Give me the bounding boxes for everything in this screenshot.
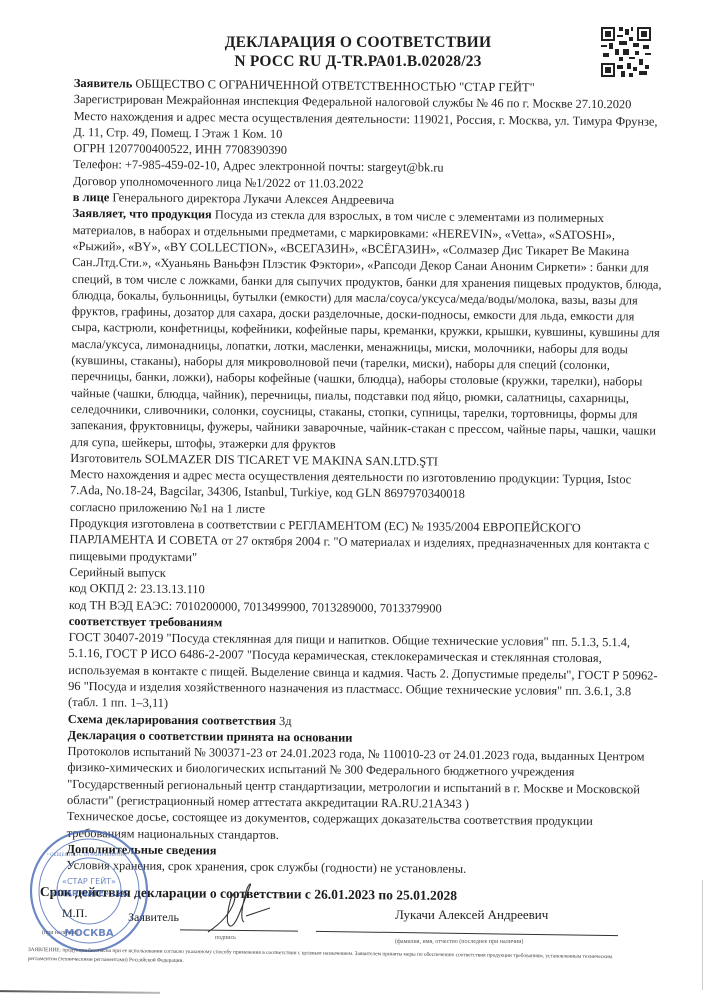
declaration-body: Заявитель ОБЩЕСТВО С ОГРАНИЧЕННОЙ ОТВЕТС… xyxy=(66,75,664,879)
declaration-number: N РОСС RU Д-TR.РА01.В.02028/23 xyxy=(218,52,498,71)
product-line: Заявляет, что продукция Посуда из стекла… xyxy=(70,205,662,455)
name-caption: (фамилия, имя, отчество (последнее при н… xyxy=(395,939,523,945)
product-label: Заявляет, что продукция xyxy=(73,206,212,221)
svg-text:«STAR GATE» LLC: «STAR GATE» LLC xyxy=(50,889,128,898)
signature-icon xyxy=(200,880,280,936)
svg-text:• ОБЩЕСТВО С ОГРАНИЧЕННОЙ •: • ОБЩЕСТВО С ОГРАНИЧЕННОЙ • xyxy=(47,852,127,858)
signature-caption: подпись xyxy=(215,935,236,941)
qr-code-icon xyxy=(600,27,652,77)
company-stamp-icon: «СТАР ГЕЙТ» «STAR GATE» LLC МОСКВА • ОБЩ… xyxy=(27,826,152,956)
title-line-1: ДЕКЛАРАЦИЯ О СООТВЕТСТВИИ xyxy=(218,33,498,52)
regulation-reference: Продукция изготовлена в соответствии с Р… xyxy=(69,515,659,570)
page-shadow xyxy=(0,990,160,994)
document-title: ДЕКЛАРАЦИЯ О СООТВЕТСТВИИ N РОСС RU Д-TR… xyxy=(218,33,498,71)
footnote-statement: ЗАЯВЛЕНИЕ: продукция безопасна при ее ис… xyxy=(28,946,628,971)
manufacturer-address: Место нахождения и адрес места осуществл… xyxy=(70,466,660,504)
represented-label: в лице xyxy=(73,190,110,204)
product-description: Посуда из стекла для взрослых, в том чис… xyxy=(70,208,661,451)
name-line xyxy=(316,931,618,936)
basis-text: Протоколов испытаний № 300371-23 от 24.0… xyxy=(67,743,658,814)
svg-text:МОСКВА: МОСКВА xyxy=(64,928,114,939)
represented-by: Генерального директора Лукачи Алексея Ан… xyxy=(112,190,394,207)
scheme-label: Схема декларирования соответствия xyxy=(68,712,276,728)
scheme-value: 3д xyxy=(279,714,292,728)
svg-text:«СТАР ГЕЙТ»: «СТАР ГЕЙТ» xyxy=(62,875,116,886)
page-edge xyxy=(702,880,703,990)
declaration-page: ДЕКЛАРАЦИЯ О СООТВЕТСТВИИ N РОСС RU Д-TR… xyxy=(0,0,707,1000)
applicant-label: Заявитель xyxy=(74,76,133,91)
signer-name: Лукачи Алексей Андреевич xyxy=(395,907,548,923)
requirements-text: ГОСТ 30407-2019 "Посуда стеклянная для п… xyxy=(68,629,659,716)
